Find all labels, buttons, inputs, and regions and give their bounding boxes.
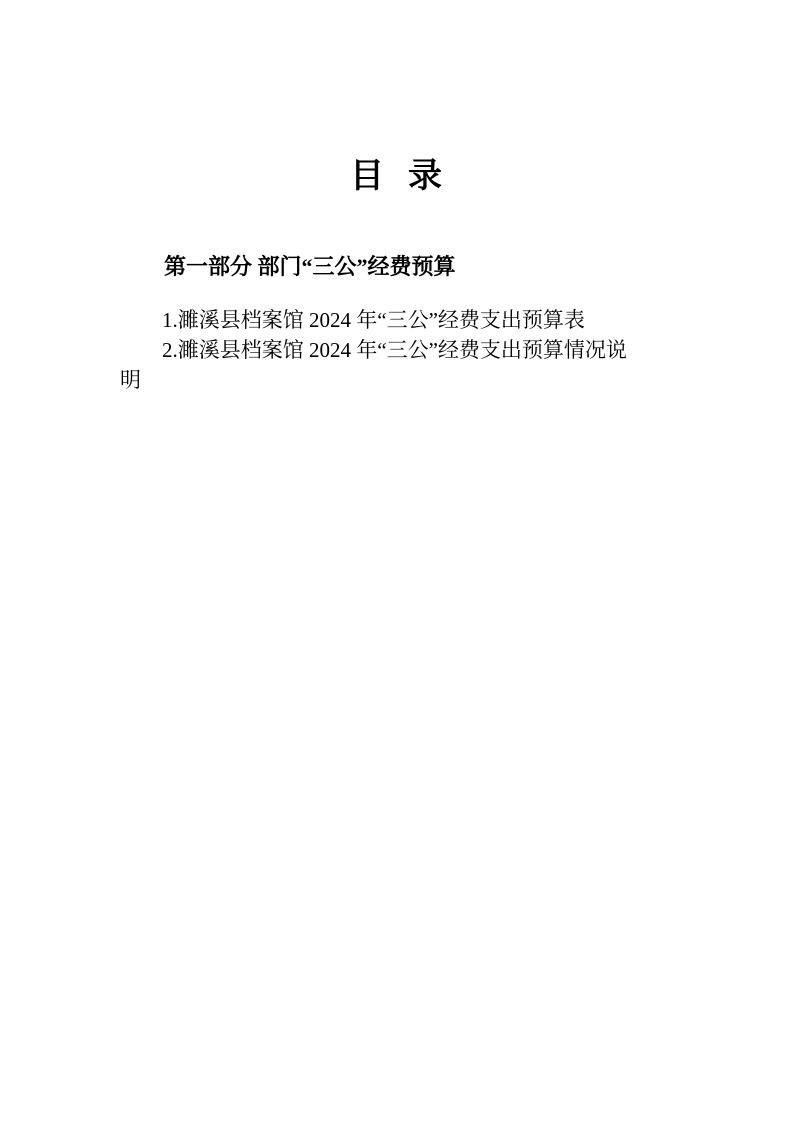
document-page: 目 录 第一部分 部门“三公”经费预算 1.濉溪县档案馆 2024 年“三公”经… [0,0,793,1122]
toc-item-1: 1.濉溪县档案馆 2024 年“三公”经费支出预算表 [120,305,673,335]
section-heading: 第一部分 部门“三公”经费预算 [120,252,673,282]
toc-item-2-line-2: 明 [120,365,673,395]
toc-item-1-line-1: 1.濉溪县档案馆 2024 年“三公”经费支出预算表 [120,305,673,335]
toc-list: 1.濉溪县档案馆 2024 年“三公”经费支出预算表 2.濉溪县档案馆 2024… [120,305,673,395]
page-content: 第一部分 部门“三公”经费预算 1.濉溪县档案馆 2024 年“三公”经费支出预… [0,252,793,395]
toc-item-2: 2.濉溪县档案馆 2024 年“三公”经费支出预算情况说 明 [120,335,673,395]
document-title: 目 录 [0,0,793,197]
toc-item-2-line-1: 2.濉溪县档案馆 2024 年“三公”经费支出预算情况说 [120,335,673,365]
